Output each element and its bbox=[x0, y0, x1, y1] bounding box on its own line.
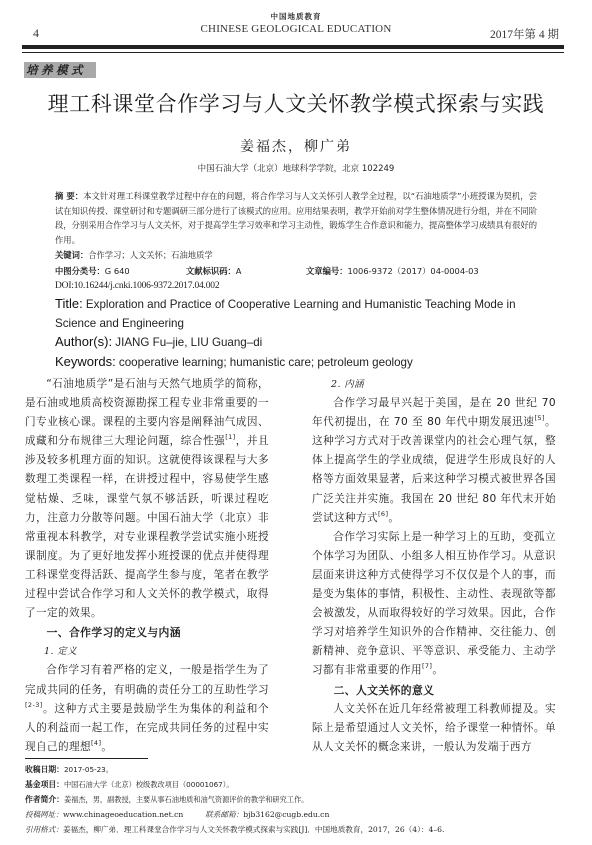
paragraph: 合作学习最早兴起于美国，是在 20 世纪 70 年代初提出，在 70 至 80 … bbox=[312, 394, 556, 528]
english-authors: Author(s): JIANG Fu–jie, LIU Guang–di bbox=[55, 333, 545, 353]
paragraph-text: 。 bbox=[388, 512, 399, 524]
abstract-text: 本文针对理工科课堂教学过程中存在的问题，将合作学习与人文关怀引人教学全过程，以“… bbox=[55, 191, 537, 245]
keywords-text: 合作学习；人文关怀；石油地质学 bbox=[88, 250, 212, 260]
subsection-heading: 2. 内涵 bbox=[312, 375, 556, 394]
abstract-label: 摘 要： bbox=[55, 191, 83, 201]
paragraph-text: 。这种方式主要是鼓励学生为集体的利益和个人的利益而一起工作，在完成共同任务的过程… bbox=[25, 703, 269, 753]
doc-code-label: 文献标识码： bbox=[186, 266, 236, 276]
section-tag: 培养模式 bbox=[24, 62, 96, 78]
body-column-right: 2. 内涵 合作学习最早兴起于美国，是在 20 世纪 70 年代初提出，在 70… bbox=[312, 375, 556, 757]
english-keywords: Keywords: cooperative learning; humanist… bbox=[55, 353, 545, 373]
doc-code-value: A bbox=[236, 266, 242, 276]
footnotes: 收稿日期：2017-05-23。 基金项目：中国石油大学（北京）校级教改项目（0… bbox=[25, 762, 308, 807]
submit-url-label: 投稿网址： bbox=[25, 810, 63, 819]
footnote-rule bbox=[25, 758, 148, 759]
email-label: 联系邮箱： bbox=[205, 810, 243, 819]
issue-label: 2017年第 4 期 bbox=[490, 26, 559, 42]
citation-text: 姜福杰，柳广弟．理工科课堂合作学习与人文关怀教学模式探索与实践[J]．中国地质教… bbox=[63, 825, 444, 834]
section-heading: 二、人文关怀的意义 bbox=[312, 681, 556, 700]
journal-name-cn: 中国地质教育 bbox=[0, 12, 592, 22]
body-column-left: “石油地质学”是石油与天然气地质学的简称，是石油或地质高校资源勘探工程专业非常重… bbox=[25, 375, 269, 757]
journal-contact: 投稿网址：www.chinageoeducation.net.cn联系邮箱：bj… bbox=[25, 808, 444, 837]
doi[interactable]: DOI:10.16244/j.cnki.1006-9372.2017.04.00… bbox=[55, 281, 219, 291]
english-title-label: Title: bbox=[55, 296, 83, 311]
article-title: 理工科课堂合作学习与人文关怀教学模式探索与实践 bbox=[0, 88, 592, 118]
paragraph-text: 。 bbox=[432, 664, 443, 676]
paragraph: 合作学习实际上是一种学习上的互助，变孤立个体学习为团队、小组多人相互协作学习。从… bbox=[312, 528, 556, 681]
english-authors-text: JIANG Fu–jie, LIU Guang–di bbox=[112, 336, 262, 349]
section-heading: 一、合作学习的定义与内涵 bbox=[25, 623, 269, 642]
citation-ref[interactable]: [7] bbox=[422, 662, 432, 670]
keywords-cn: 关键词：合作学习；人文关怀；石油地质学 bbox=[55, 249, 213, 261]
contact-row: 投稿网址：www.chinageoeducation.net.cn联系邮箱：bj… bbox=[25, 808, 444, 823]
paragraph-text: 人文关怀在近几年经常被理工科教师提及。实际上是希望通过人文关怀，给予课堂一种情怀… bbox=[312, 703, 556, 753]
paragraph-text: 。这种学习方式对于改善课堂内的社会心理气氛，整体上提高学生的学业成绩，促进学生形… bbox=[312, 416, 556, 523]
english-metadata: Title: Exploration and Practice of Coope… bbox=[55, 295, 545, 372]
doc-code: 文献标识码：A bbox=[186, 265, 241, 277]
received-label: 收稿日期： bbox=[25, 765, 64, 774]
contact-email[interactable]: bjb3162@cugb.edu.cn bbox=[243, 810, 329, 819]
header-rule-thin bbox=[22, 52, 564, 53]
paragraph-text: 。 bbox=[101, 741, 112, 753]
citation-ref[interactable]: [2-3] bbox=[25, 701, 43, 709]
paragraph-text: 合作学习最早兴起于美国，是在 20 世纪 70 年代初提出，在 70 至 80 … bbox=[312, 397, 556, 428]
received-date: 收稿日期：2017-05-23。 bbox=[25, 762, 308, 777]
author-bio: 作者简介：姜福杰，男，副教授，主要从事石油地质和油气资源评价的教学和研究工作。 bbox=[25, 792, 308, 807]
subsection-heading: 1. 定义 bbox=[25, 642, 269, 661]
citation-ref[interactable]: [6] bbox=[378, 510, 388, 518]
english-keywords-label: Keywords: bbox=[55, 354, 116, 369]
citation-format: 引用格式：姜福杰，柳广弟．理工科课堂合作学习与人文关怀教学模式探索与实践[J]．… bbox=[25, 823, 444, 838]
submit-url[interactable]: www.chinageoeducation.net.cn bbox=[63, 810, 183, 819]
paragraph: “石油地质学”是石油与天然气地质学的简称，是石油或地质高校资源勘探工程专业非常重… bbox=[25, 375, 269, 623]
english-authors-label: Author(s): bbox=[55, 334, 112, 349]
paragraph: 人文关怀在近几年经常被理工科教师提及。实际上是希望通过人文关怀，给予课堂一种情怀… bbox=[312, 700, 556, 757]
fund-value: 中国石油大学（北京）校级教改项目（00001067）。 bbox=[64, 780, 234, 789]
paragraph-text: 合作学习实际上是一种学习上的互助，变孤立个体学习为团队、小组多人相互协作学习。从… bbox=[312, 531, 556, 677]
classification-row: 中图分类号：G 640 文献标识码：A 文章编号：1006-9372（2017）… bbox=[55, 265, 537, 277]
article-number-value: 1006-9372（2017）04-0004-03 bbox=[348, 266, 479, 276]
header-rule-thick bbox=[22, 45, 564, 49]
paragraph: 合作学习有着严格的定义，一般是指学生为了完成共同的任务，有明确的责任分工的互助性… bbox=[25, 661, 269, 756]
article-affiliation: 中国石油大学（北京）地球科学学院，北京 102249 bbox=[0, 162, 592, 174]
article-number: 文章编号：1006-9372（2017）04-0004-03 bbox=[306, 265, 479, 277]
citation-ref[interactable]: [5] bbox=[534, 414, 544, 422]
english-keywords-text: cooperative learning; humanistic care; p… bbox=[116, 356, 413, 369]
paragraph-text: ，并且涉及较多机理方面的知识。这就使得该课程与大多数理工类课程一样，在讲授过程中… bbox=[25, 435, 269, 619]
bio-value: 姜福杰，男，副教授，主要从事石油地质和油气资源评价的教学和研究工作。 bbox=[64, 795, 308, 804]
english-title-text: Exploration and Practice of Cooperative … bbox=[55, 298, 516, 330]
paragraph-text: 合作学习有着严格的定义，一般是指学生为了完成共同的任务，有明确的责任分工的互助性… bbox=[25, 664, 269, 695]
fund-label: 基金项目： bbox=[25, 780, 64, 789]
clc-value: G 640 bbox=[105, 266, 130, 276]
keywords-label: 关键词： bbox=[55, 250, 88, 260]
bio-label: 作者简介： bbox=[25, 795, 64, 804]
received-value: 2017-05-23。 bbox=[64, 765, 113, 774]
citation-label: 引用格式： bbox=[25, 825, 63, 834]
citation-ref[interactable]: [1] bbox=[225, 433, 235, 441]
clc-code: 中图分类号：G 640 bbox=[55, 265, 130, 277]
citation-ref[interactable]: [4] bbox=[91, 739, 101, 747]
article-number-label: 文章编号： bbox=[306, 266, 348, 276]
english-title: Title: Exploration and Practice of Coope… bbox=[55, 295, 545, 333]
clc-label: 中图分类号： bbox=[55, 266, 105, 276]
article-authors: 姜福杰，柳广弟 bbox=[0, 136, 592, 156]
fund-project: 基金项目：中国石油大学（北京）校级教改项目（00001067）。 bbox=[25, 777, 308, 792]
abstract: 摘 要：本文针对理工科课堂教学过程中存在的问题，将合作学习与人文关怀引人教学全过… bbox=[55, 189, 537, 247]
